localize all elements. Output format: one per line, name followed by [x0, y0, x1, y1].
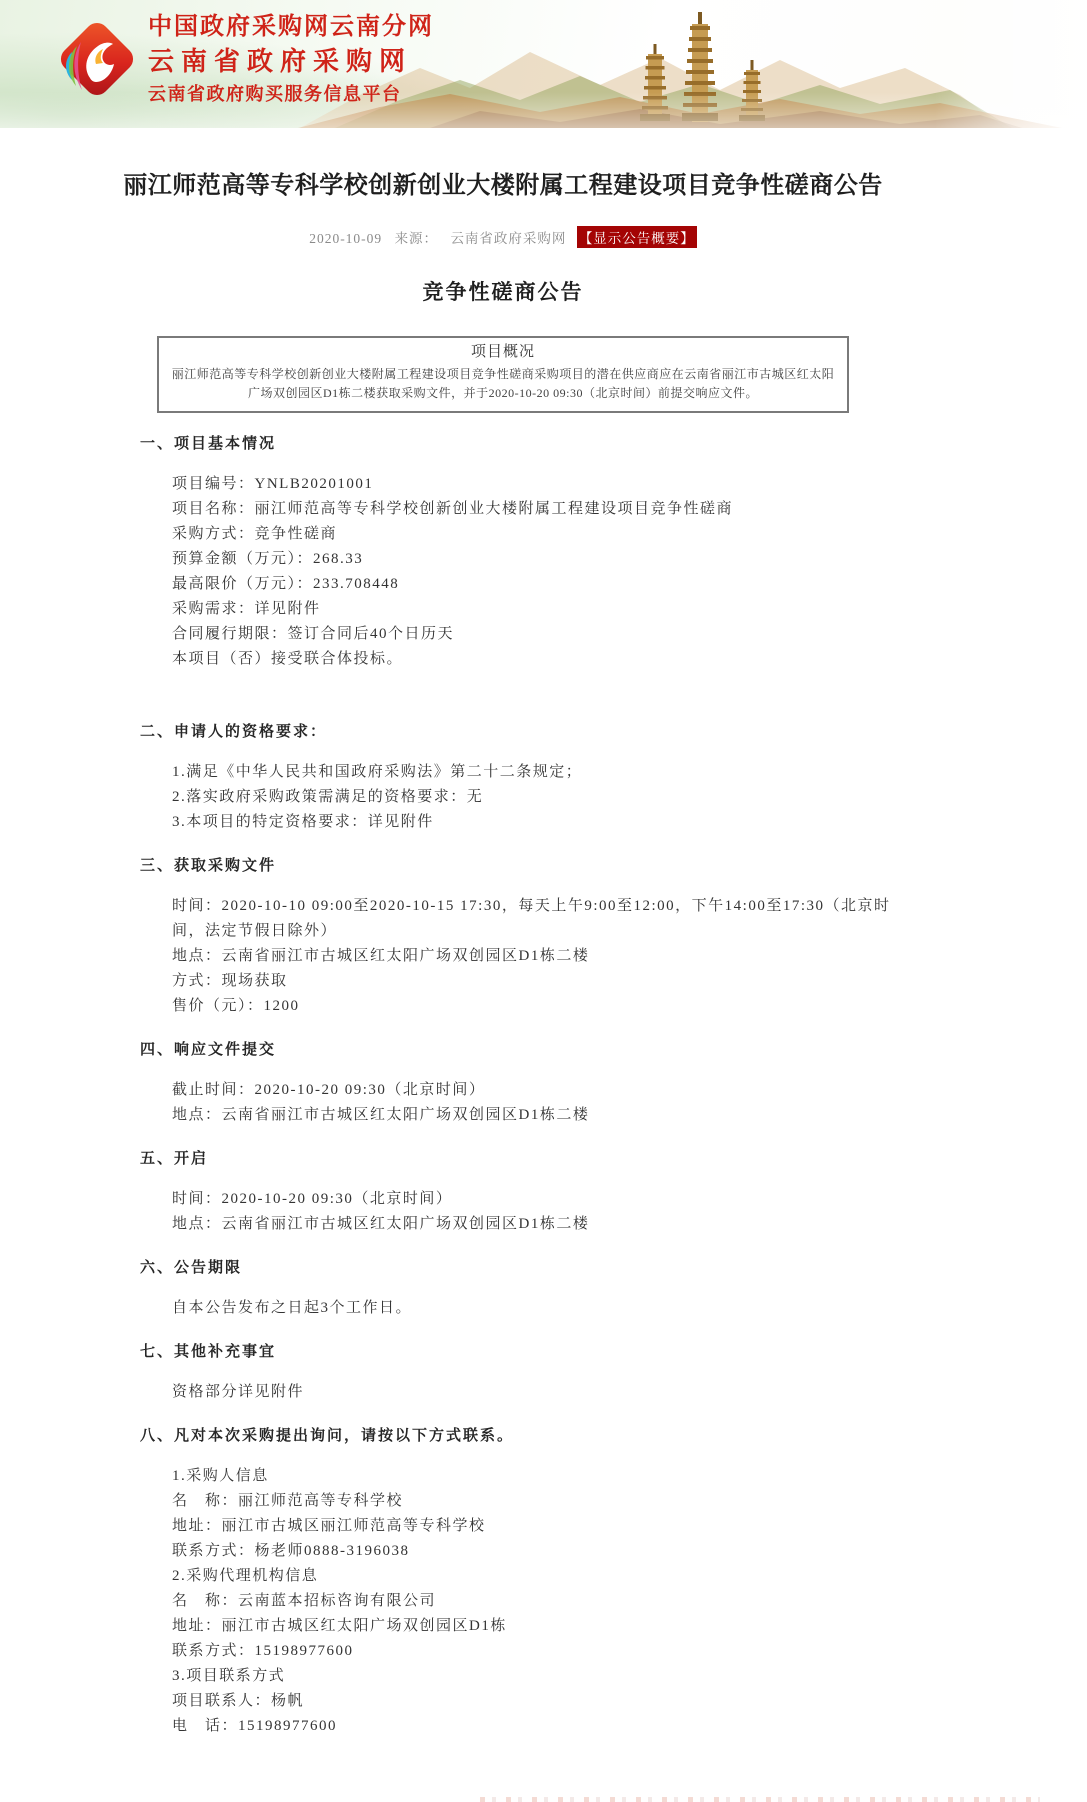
section-heading: 四、响应文件提交 [140, 1040, 898, 1060]
announcement-section: 四、响应文件提交 截止时间：2020-10-20 09:30（北京时间）地点：云… [108, 1040, 898, 1128]
site-title-line3: 云南省政府购买服务信息平台 [148, 80, 434, 108]
announcement-section: 五、开启 时间：2020-10-20 09:30（北京时间）地点：云南省丽江市古… [108, 1149, 898, 1237]
detail-line: 最高限价（万元）：233.708448 [172, 572, 898, 597]
page: 中国政府采购网云南分网 云南省政府采购网 云南省政府购买服务信息平台 丽江师范高… [0, 0, 1087, 1802]
announcement-section: 三、获取采购文件 时间：2020-10-10 09:00至2020-10-15 … [108, 856, 898, 1019]
section-lines: 时间：2020-10-10 09:00至2020-10-15 17:30，每天上… [172, 894, 898, 1019]
section-heading: 三、获取采购文件 [140, 856, 898, 876]
section-heading: 六、公告期限 [140, 1258, 898, 1278]
overview-text: 丽江师范高等专科学校创新创业大楼附属工程建设项目竞争性磋商采购项目的潜在供应商应… [169, 365, 837, 403]
detail-line: 3.本项目的特定资格要求：详见附件 [172, 810, 898, 835]
announcement-section: 一、项目基本情况 项目编号：YNLB20201001项目名称：丽江师范高等专科学… [108, 434, 898, 672]
sections: 一、项目基本情况 项目编号：YNLB20201001项目名称：丽江师范高等专科学… [108, 434, 898, 1779]
detail-line: 电 话：15198977600 [172, 1714, 898, 1739]
publish-date: 2020-10-09 [309, 231, 382, 246]
section-lines: 时间：2020-10-20 09:30（北京时间）地点：云南省丽江市古城区红太阳… [172, 1187, 898, 1237]
cutoff-footer-text [480, 1797, 1040, 1802]
section-lines: 截止时间：2020-10-20 09:30（北京时间）地点：云南省丽江市古城区红… [172, 1078, 898, 1128]
section-heading: 一、项目基本情况 [140, 434, 898, 454]
detail-line: 2.落实政府采购政策需满足的资格要求：无 [172, 785, 898, 810]
detail-line: 地点：云南省丽江市古城区红太阳广场双创园区D1栋二楼 [172, 944, 898, 969]
section-lines: 1.满足《中华人民共和国政府采购法》第二十二条规定；2.落实政府采购政策需满足的… [172, 760, 898, 835]
detail-line: 2.采购代理机构信息 [172, 1564, 898, 1589]
site-title-line2: 云南省政府采购网 [148, 44, 434, 80]
detail-line: 本项目（否）接受联合体投标。 [172, 647, 898, 672]
site-logo-icon [50, 12, 142, 112]
detail-line: 地址：丽江市古城区红太阳广场双创园区D1栋 [172, 1614, 898, 1639]
detail-line: 合同履行期限：签订合同后40个日历天 [172, 622, 898, 647]
detail-line: 时间：2020-10-20 09:30（北京时间） [172, 1187, 898, 1212]
detail-line: 售价（元）：1200 [172, 994, 898, 1019]
detail-line: 地点：云南省丽江市古城区红太阳广场双创园区D1栋二楼 [172, 1103, 898, 1128]
project-overview-box: 项目概况 丽江师范高等专科学校创新创业大楼附属工程建设项目竞争性磋商采购项目的潜… [157, 336, 849, 413]
announcement-section: 七、其他补充事宜 资格部分详见附件 [108, 1342, 898, 1405]
source-label: 来源： [395, 231, 439, 246]
detail-line: 采购方式：竞争性磋商 [172, 522, 898, 547]
overview-title: 项目概况 [169, 341, 837, 363]
section-heading: 八、凡对本次采购提出询问，请按以下方式联系。 [140, 1426, 898, 1446]
section-heading: 七、其他补充事宜 [140, 1342, 898, 1362]
article-meta: 2020-10-09 来源： 云南省政府采购网 【显示公告概要】 [108, 226, 898, 250]
detail-line: 方式：现场获取 [172, 969, 898, 994]
detail-line: 时间：2020-10-10 09:00至2020-10-15 17:30，每天上… [172, 894, 898, 944]
site-banner: 中国政府采购网云南分网 云南省政府采购网 云南省政府购买服务信息平台 [0, 0, 1087, 128]
announcement-section: 八、凡对本次采购提出询问，请按以下方式联系。 1.采购人信息名 称：丽江师范高等… [108, 1426, 898, 1739]
source-name: 云南省政府采购网 [450, 231, 566, 246]
detail-line: 采购需求：详见附件 [172, 597, 898, 622]
announcement-content: 丽江师范高等专科学校创新创业大楼附属工程建设项目竞争性磋商公告 2020-10-… [108, 170, 898, 1779]
section-lines: 项目编号：YNLB20201001项目名称：丽江师范高等专科学校创新创业大楼附属… [172, 472, 898, 672]
pagoda-main-icon [682, 12, 718, 122]
section-heading: 五、开启 [140, 1149, 898, 1169]
detail-line: 1.满足《中华人民共和国政府采购法》第二十二条规定； [172, 760, 898, 785]
detail-line: 项目编号：YNLB20201001 [172, 472, 898, 497]
detail-line: 截止时间：2020-10-20 09:30（北京时间） [172, 1078, 898, 1103]
detail-line: 自本公告发布之日起3个工作日。 [172, 1296, 898, 1321]
site-titles: 中国政府采购网云南分网 云南省政府采购网 云南省政府购买服务信息平台 [148, 10, 434, 108]
page-title: 丽江师范高等专科学校创新创业大楼附属工程建设项目竞争性磋商公告 [108, 170, 898, 202]
detail-line: 资格部分详见附件 [172, 1380, 898, 1405]
detail-line: 项目联系人：杨帆 [172, 1689, 898, 1714]
detail-line: 地点：云南省丽江市古城区红太阳广场双创园区D1栋二楼 [172, 1212, 898, 1237]
detail-line: 名 称：云南蓝本招标咨询有限公司 [172, 1589, 898, 1614]
detail-line: 1.采购人信息 [172, 1464, 898, 1489]
section-lines: 资格部分详见附件 [172, 1380, 898, 1405]
detail-line: 预算金额（万元）：268.33 [172, 547, 898, 572]
announcement-section: 六、公告期限 自本公告发布之日起3个工作日。 [108, 1258, 898, 1321]
detail-line: 联系方式：杨老师0888-3196038 [172, 1539, 898, 1564]
section-lines: 自本公告发布之日起3个工作日。 [172, 1296, 898, 1321]
detail-line: 地址：丽江市古城区丽江师范高等专科学校 [172, 1514, 898, 1539]
detail-line: 3.项目联系方式 [172, 1664, 898, 1689]
announcement-subtitle: 竞争性磋商公告 [108, 276, 898, 306]
detail-line: 名 称：丽江师范高等专科学校 [172, 1489, 898, 1514]
detail-line: 项目名称：丽江师范高等专科学校创新创业大楼附属工程建设项目竞争性磋商 [172, 497, 898, 522]
announcement-section: 二、申请人的资格要求： 1.满足《中华人民共和国政府采购法》第二十二条规定；2.… [108, 722, 898, 835]
site-title-line1: 中国政府采购网云南分网 [148, 10, 434, 44]
detail-line: 联系方式：15198977600 [172, 1639, 898, 1664]
section-lines: 1.采购人信息名 称：丽江师范高等专科学校地址：丽江市古城区丽江师范高等专科学校… [172, 1464, 898, 1739]
show-summary-button[interactable]: 【显示公告概要】 [577, 226, 697, 248]
section-heading: 二、申请人的资格要求： [140, 722, 898, 742]
